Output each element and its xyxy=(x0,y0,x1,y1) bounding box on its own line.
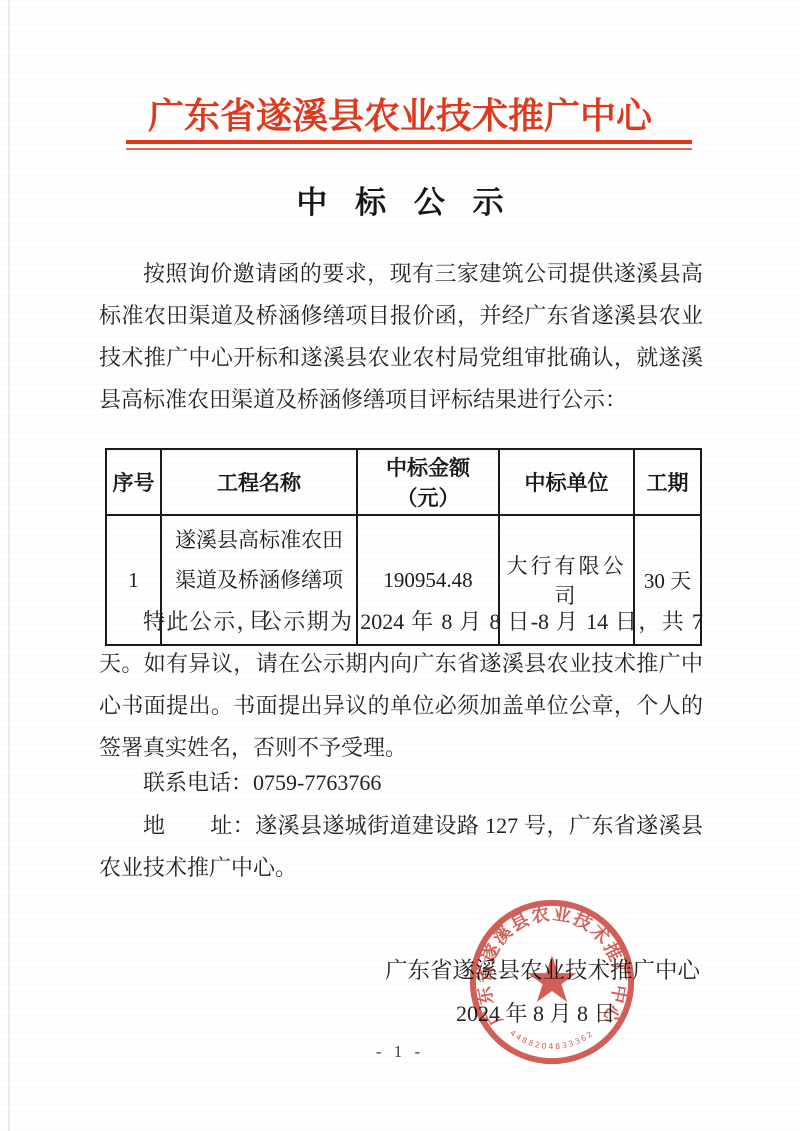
contact-address: 地 址：遂溪县遂城街道建设路 127 号，广东省遂溪县农业技术推广中心。 xyxy=(99,805,703,889)
letterhead-title: 广东省遂溪县农业技术推广中心 xyxy=(0,88,800,139)
table-header-row: 序号 工程名称 中标金额（元） 中标单位 工期 xyxy=(106,449,701,515)
letterhead-rule-thin xyxy=(126,148,692,150)
intro-paragraph: 按照询价邀请函的要求，现有三家建筑公司提供遂溪县高标准农田渠道及桥涵修缮项目报价… xyxy=(99,253,703,421)
col-header-project: 工程名称 xyxy=(161,449,357,515)
letterhead-rule-thick xyxy=(126,140,692,144)
document-title: 中 标 公 示 xyxy=(0,177,800,222)
notice-paragraph: 特此公示，公示期为 2024 年 8 月 8 日-8 月 14 日，共 7 天。… xyxy=(99,601,703,769)
page-number: - 1 - xyxy=(0,1042,800,1062)
col-header-winner: 中标单位 xyxy=(499,449,634,515)
scan-edge-artifact xyxy=(8,0,10,1131)
col-header-duration: 工期 xyxy=(634,449,701,515)
document-page: 广东省遂溪县农业技术推广中心 中 标 公 示 按照询价邀请函的要求，现有三家建筑… xyxy=(0,0,800,1131)
stamp-star-icon xyxy=(527,955,576,1002)
contact-phone: 联系电话：0759-7763766 xyxy=(99,762,703,804)
col-header-no: 序号 xyxy=(106,449,161,515)
col-header-amount: 中标金额（元） xyxy=(357,449,499,515)
